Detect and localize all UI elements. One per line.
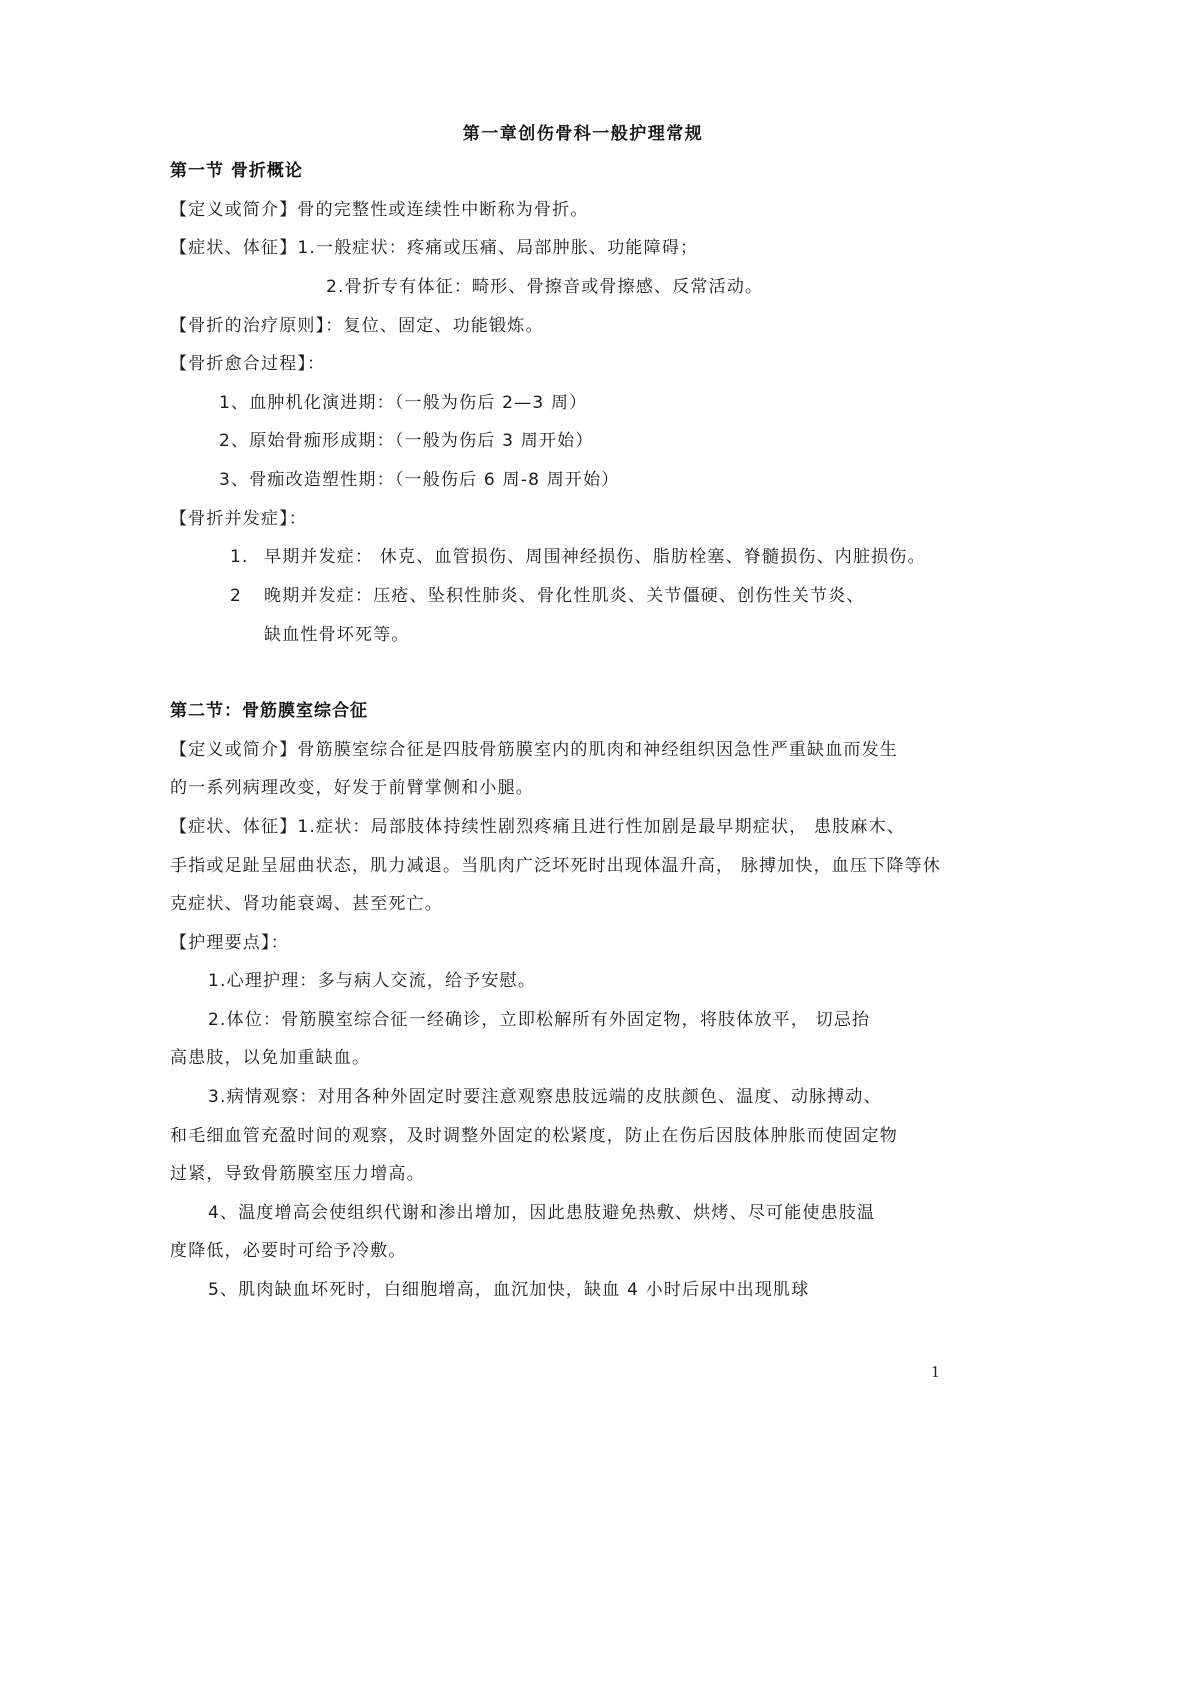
nursing-points-heading: 【护理要点】： xyxy=(170,932,289,954)
complication-number: 1. xyxy=(230,546,249,568)
nursing-point-continued: 和毛细血管充盈时间的观察，及时调整外固定的松紧度，防止在伤后因肢体肿胀而使固定物 xyxy=(170,1125,898,1147)
nursing-point-continued: 高患肢，以免加重缺血。 xyxy=(170,1047,370,1069)
nursing-point: 2.体位：骨筋膜室综合征一经确诊，立即松解所有外固定物，将肢体放平， 切忌抬 xyxy=(208,1009,870,1031)
compartment-definition-line1: 【定义或简介】骨筋膜室综合征是四肢骨筋膜室内的肌肉和神经组织因急性严重缺血而发生 xyxy=(170,739,898,761)
healing-stage-item: 1、血肿机化演进期：（一般为伤后 2—3 周） xyxy=(219,392,587,414)
fracture-definition: 【定义或简介】骨的完整性或连续性中断称为骨折。 xyxy=(170,199,589,221)
complication-number: 2 xyxy=(230,585,242,607)
section-heading-fracture: 第一节 骨折概论 xyxy=(170,160,303,182)
fracture-complications-heading: 【骨折并发症】： xyxy=(170,508,307,530)
fracture-treatment-principles: 【骨折的治疗原则】：复位、固定、功能锻炼。 xyxy=(170,315,544,337)
complication-item: 晚期并发症：压疮、坠积性肺炎、骨化性肌炎、关节僵硬、创伤性关节炎、 xyxy=(264,585,865,607)
nursing-point-continued: 度降低，必要时可给予冷敷。 xyxy=(170,1240,407,1262)
compartment-symptoms-line2: 手指或足趾呈屈曲状态，肌力减退。当肌肉广泛坏死时出现体温升高， 脉搏加快，血压下… xyxy=(170,855,941,877)
nursing-point: 4、温度增高会使组织代谢和渗出增加，因此患肢避免热敷、烘烤、尽可能使患肢温 xyxy=(208,1202,875,1224)
nursing-point: 3.病情观察：对用各种外固定时要注意观察患肢远端的皮肤颜色、温度、动脉搏动、 xyxy=(208,1086,882,1108)
compartment-symptoms-line3: 克症状、肾功能衰竭、甚至死亡。 xyxy=(170,893,443,915)
nursing-point-continued: 过紧，导致骨筋膜室压力增高。 xyxy=(170,1163,425,1185)
document-page: 第一章创伤骨科一般护理常规 第一节 骨折概论 【定义或简介】骨的完整性或连续性中… xyxy=(0,0,1190,1684)
fracture-healing-heading: 【骨折愈合过程】： xyxy=(170,353,325,375)
healing-stage-item: 3、骨痂改造塑性期：（一般伤后 6 周-8 周开始） xyxy=(219,469,620,491)
nursing-point: 5、肌肉缺血坏死时，白细胞增高，血沉加快，缺血 4 小时后尿中出现肌球 xyxy=(208,1279,809,1301)
section-heading-compartment-syndrome: 第二节：骨筋膜室综合征 xyxy=(170,700,368,722)
healing-stage-item: 2、原始骨痂形成期：（一般为伤后 3 周开始） xyxy=(219,430,594,452)
complication-item: 早期并发症： 休克、血管损伤、周围神经损伤、脂肪栓塞、脊髓损伤、内脏损伤。 xyxy=(264,546,926,568)
page-number: 1 xyxy=(931,1362,940,1382)
fracture-symptoms-line1: 【症状、体征】1.一般症状：疼痛或压痛、局部肿胀、功能障碍； xyxy=(170,237,698,259)
compartment-symptoms-line1: 【症状、体征】1.症状：局部肢体持续性剧烈疼痛且进行性加剧是最早期症状， 患肢麻… xyxy=(170,816,905,838)
complication-item-continued: 缺血性骨坏死等。 xyxy=(264,624,410,646)
nursing-point: 1.心理护理：多与病人交流，给予安慰。 xyxy=(208,970,536,992)
fracture-symptoms-line2: 2.骨折专有体征：畸形、骨擦音或骨擦感、反常活动。 xyxy=(326,276,763,298)
chapter-title: 第一章创伤骨科一般护理常规 xyxy=(0,119,1166,144)
compartment-definition-line2: 的一系列病理改变，好发于前臂掌侧和小腿。 xyxy=(170,777,534,799)
